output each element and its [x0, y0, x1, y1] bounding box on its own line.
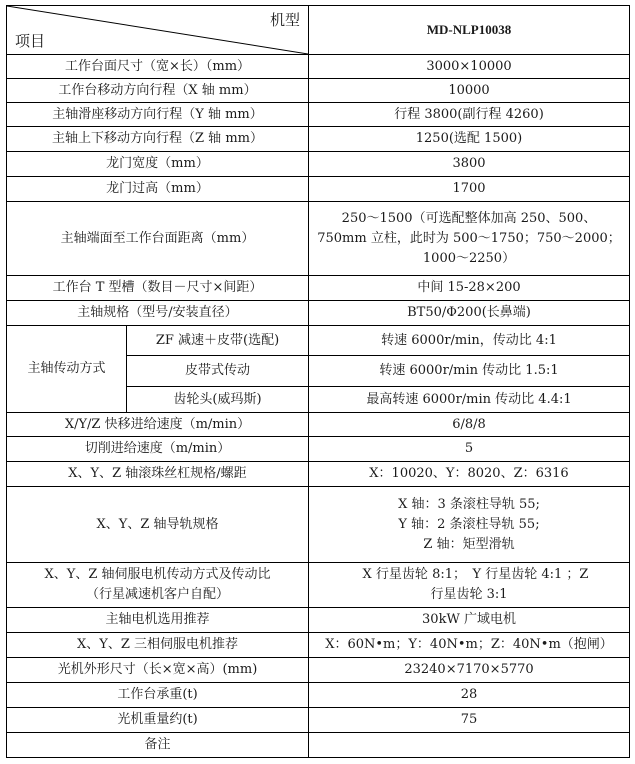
- value-line: X 行星齿轮 8:1； Y 行星齿轮 4:1 ；Z: [313, 565, 625, 585]
- header-row: 机型 项目 MD-NLP10038: [7, 6, 630, 55]
- value-line: 750mm 立柱，此时为 500～1750；750～2000；: [313, 229, 625, 249]
- item-label: 龙门过高（mm）: [7, 177, 309, 202]
- corner-header-cell: 机型 项目: [7, 6, 309, 55]
- remarks-label: 备注: [7, 733, 309, 758]
- label-line: X、Y、Z 轴伺服电机传动方式及传动比: [11, 565, 304, 585]
- model-name: MD-NLP10038: [309, 6, 630, 55]
- item-value: 250～1500（可选配整体加高 250、500、 750mm 立柱，此时为 5…: [309, 202, 630, 276]
- item-label: X、Y、Z 轴伺服电机传动方式及传动比 （行星减速机客户自配）: [7, 563, 309, 608]
- item-value: 23240×7170×5770: [309, 658, 630, 683]
- item-value: 3800: [309, 152, 630, 177]
- table-row: 主轴规格（型号/安装直径） BT50/Φ200(长鼻端): [7, 301, 630, 326]
- item-value: X：60N•m；Y：40N•m；Z：40N•m（抱闸）: [309, 633, 630, 658]
- item-label: X、Y、Z 三相伺服电机推荐: [7, 633, 309, 658]
- item-label: 光机外形尺寸（长×宽×高）(mm): [7, 658, 309, 683]
- item-corner-label: 项目: [15, 31, 45, 51]
- item-value: BT50/Φ200(长鼻端): [309, 301, 630, 326]
- item-value: 1700: [309, 177, 630, 202]
- drive-value: 转速 6000r/min 传动比 1.5:1: [309, 356, 630, 387]
- table-row: 主轴上下移动方向行程（Z 轴 mm） 1250(选配 1500): [7, 127, 630, 152]
- model-corner-label: 机型: [270, 10, 300, 30]
- table-row: X、Y、Z 三相伺服电机推荐 X：60N•m；Y：40N•m；Z：40N•m（抱…: [7, 633, 630, 658]
- item-label: 光机重量约(t): [7, 708, 309, 733]
- value-line: 250～1500（可选配整体加高 250、500、: [313, 209, 625, 229]
- item-label: 主轴滑座移动方向行程（Y 轴 mm）: [7, 103, 309, 127]
- table-row: X、Y、Z 轴滚珠丝杠规格/螺距 X：10020、Y：8020、Z：6316: [7, 462, 630, 487]
- item-value: X：10020、Y：8020、Z：6316: [309, 462, 630, 487]
- item-value: 6/8/8: [309, 413, 630, 437]
- value-line: X 轴：3 条滚柱导轨 55;: [313, 495, 625, 515]
- drive-type: ZF 减速＋皮带(选配): [127, 326, 309, 356]
- item-label: 工作台承重(t): [7, 683, 309, 708]
- spindle-drive-label: 主轴传动方式: [7, 326, 127, 413]
- table-row: 光机重量约(t) 75: [7, 708, 630, 733]
- item-label: X、Y、Z 轴导轨规格: [7, 487, 309, 563]
- table-row: X、Y、Z 轴伺服电机传动方式及传动比 （行星减速机客户自配） X 行星齿轮 8…: [7, 563, 630, 608]
- table-row: 龙门过高（mm） 1700: [7, 177, 630, 202]
- table-row: 工作台面尺寸（宽×长）（mm） 3000×10000: [7, 55, 630, 79]
- table-row: 光机外形尺寸（长×宽×高）(mm) 23240×7170×5770: [7, 658, 630, 683]
- table-row: 主轴电机选用推荐 30kW 广域电机: [7, 608, 630, 633]
- value-line: 1000～2250）: [313, 249, 625, 269]
- item-label: 工作台面尺寸（宽×长）（mm）: [7, 55, 309, 79]
- item-value: 1250(选配 1500): [309, 127, 630, 152]
- value-line: 行星齿轮 3:1: [313, 585, 625, 605]
- table-row: 主轴端面至工作台面距离（mm） 250～1500（可选配整体加高 250、500…: [7, 202, 630, 276]
- item-label: 工作台 T 型槽（数目－尺寸×间距）: [7, 276, 309, 301]
- item-value: 30kW 广域电机: [309, 608, 630, 633]
- table-row: 主轴滑座移动方向行程（Y 轴 mm） 行程 3800(副行程 4260): [7, 103, 630, 127]
- table-row: 工作台承重(t) 28: [7, 683, 630, 708]
- item-value: 中间 15-28×200: [309, 276, 630, 301]
- drive-value: 转速 6000r/min，传动比 4:1: [309, 326, 630, 356]
- label-line: （行星减速机客户自配）: [11, 585, 304, 605]
- item-value: 10000: [309, 79, 630, 103]
- item-label: 切削进给速度（m/min）: [7, 437, 309, 462]
- item-value: 75: [309, 708, 630, 733]
- item-value: 5: [309, 437, 630, 462]
- table-row: X、Y、Z 轴导轨规格 X 轴：3 条滚柱导轨 55; Y 轴：2 条滚柱导轨 …: [7, 487, 630, 563]
- remarks-value: [309, 733, 630, 758]
- table-row: 工作台 T 型槽（数目－尺寸×间距） 中间 15-28×200: [7, 276, 630, 301]
- item-label: X、Y、Z 轴滚珠丝杠规格/螺距: [7, 462, 309, 487]
- spindle-drive-row: 主轴传动方式 ZF 减速＋皮带(选配) 转速 6000r/min，传动比 4:1: [7, 326, 630, 356]
- value-line: Z 轴：矩型滑轨: [313, 535, 625, 555]
- item-label: 主轴端面至工作台面距离（mm）: [7, 202, 309, 276]
- item-value: 行程 3800(副行程 4260): [309, 103, 630, 127]
- table-row: 工作台移动方向行程（X 轴 mm） 10000: [7, 79, 630, 103]
- item-value: X 轴：3 条滚柱导轨 55; Y 轴：2 条滚柱导轨 55; Z 轴：矩型滑轨: [309, 487, 630, 563]
- drive-type: 齿轮头(威玛斯): [127, 387, 309, 413]
- item-label: 工作台移动方向行程（X 轴 mm）: [7, 79, 309, 103]
- diagonal-divider: [7, 6, 308, 54]
- item-value: X 行星齿轮 8:1； Y 行星齿轮 4:1 ；Z 行星齿轮 3:1: [309, 563, 630, 608]
- drive-value: 最高转速 6000r/min 传动比 4.4:1: [309, 387, 630, 413]
- value-line: Y 轴：2 条滚柱导轨 55;: [313, 515, 625, 535]
- item-value: 28: [309, 683, 630, 708]
- item-label: 主轴电机选用推荐: [7, 608, 309, 633]
- drive-type: 皮带式传动: [127, 356, 309, 387]
- table-row: 龙门宽度（mm） 3800: [7, 152, 630, 177]
- table-row: X/Y/Z 快移进给速度（m/min） 6/8/8: [7, 413, 630, 437]
- item-value: 3000×10000: [309, 55, 630, 79]
- remarks-row: 备注: [7, 733, 630, 758]
- item-label: X/Y/Z 快移进给速度（m/min）: [7, 413, 309, 437]
- item-label: 主轴规格（型号/安装直径）: [7, 301, 309, 326]
- item-label: 主轴上下移动方向行程（Z 轴 mm）: [7, 127, 309, 152]
- table-row: 切削进给速度（m/min） 5: [7, 437, 630, 462]
- spec-table: 机型 项目 MD-NLP10038 工作台面尺寸（宽×长）（mm） 3000×1…: [6, 5, 630, 758]
- item-label: 龙门宽度（mm）: [7, 152, 309, 177]
